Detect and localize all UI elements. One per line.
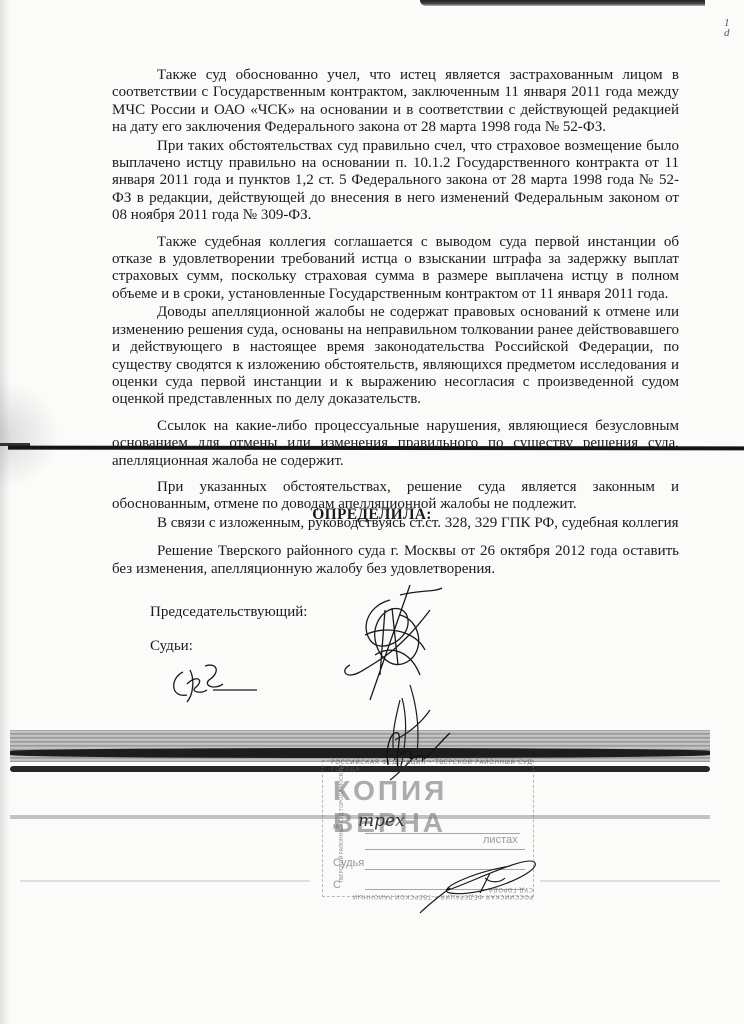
judges-label: Судьи: — [150, 638, 193, 655]
scan-faint-line — [540, 880, 720, 882]
scan-top-artifact — [420, 0, 705, 6]
stamp-judge-label: Судья — [333, 857, 364, 869]
scan-faint-line — [20, 880, 310, 882]
paragraph-appeal-arguments: Доводы апелляционной жалобы не содержат … — [112, 304, 679, 408]
ruling-paragraph: Решение Тверского районного суда г. Моск… — [112, 543, 679, 578]
stamp-handwritten-pages: трех — [358, 811, 405, 831]
judge-signature-left-icon — [165, 660, 265, 710]
scan-dark-wave — [10, 748, 710, 758]
scan-smudge — [0, 380, 60, 490]
ruling-text: Решение Тверского районного суда г. Моск… — [112, 543, 679, 578]
stamp-sheets-label: листах — [483, 834, 518, 846]
paragraph-insurance-payment: При таких обстоятельствах суд правильно … — [112, 138, 679, 225]
paragraph-insured-person: Также суд обоснованно учел, что истец яв… — [112, 67, 679, 137]
ruling-heading: ОПРЕДЕЛИЛА: — [0, 506, 744, 524]
document-body: Также суд обоснованно учел, что истец яв… — [112, 67, 679, 532]
paragraph-penalty-refusal: Также судебная коллегия соглашается с вы… — [112, 234, 679, 304]
paragraph-procedural-violations: Ссылок на какие-либо процессуальные нару… — [112, 418, 679, 470]
page-mark: 1 d — [724, 18, 730, 38]
presiding-judge-label: Председательствующий: — [150, 604, 307, 621]
scan-strike-line — [8, 446, 744, 451]
stamp-signature-icon — [410, 848, 550, 918]
stamp-side-text: ТВЕРСКОЙ РАЙОННЫЙ СУД ГОРОДА МОСКВЫ — [339, 765, 345, 883]
band-signature-icon — [380, 725, 460, 775]
